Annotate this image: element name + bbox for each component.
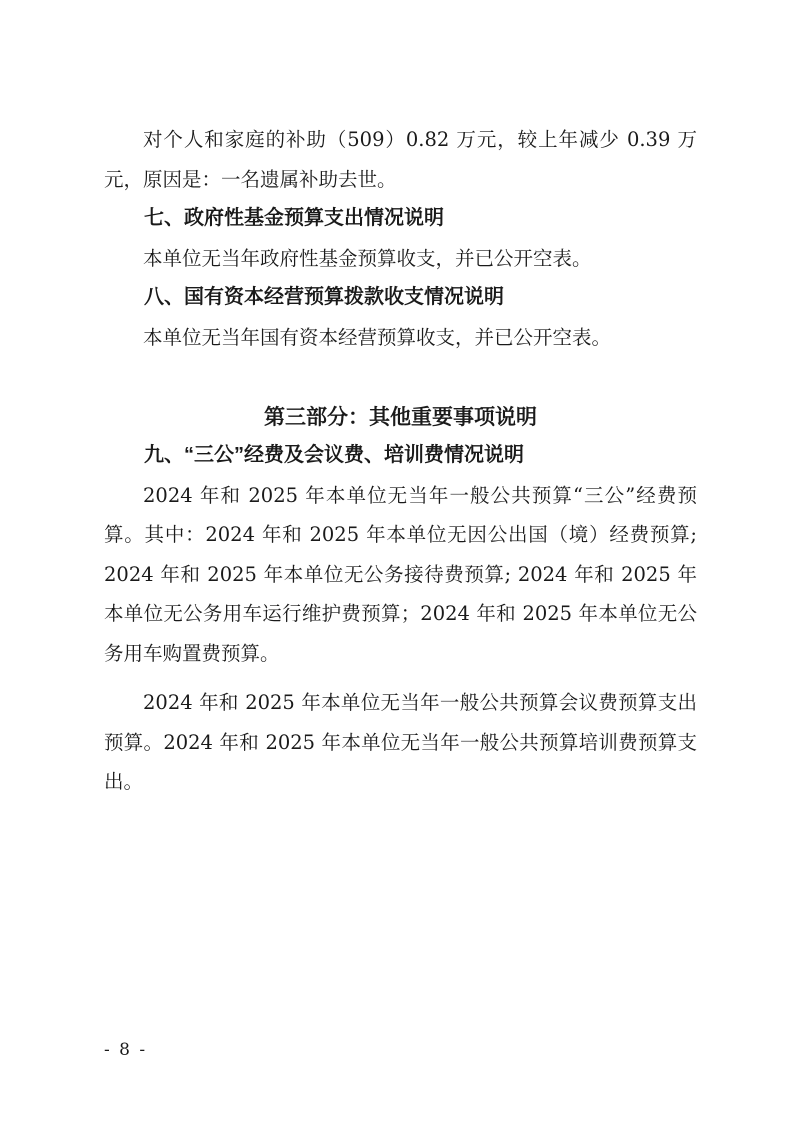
section-heading-9: 九、“三公”经费及会议费、培训费情况说明 [104, 436, 697, 476]
document-body: 对个人和家庭的补助（509）0.82 万元，较上年减少 0.39 万元，原因是：… [104, 120, 697, 802]
section-7-body: 本单位无当年政府性基金预算收支，并已公开空表。 [104, 239, 697, 279]
section-heading-7: 七、政府性基金预算支出情况说明 [104, 199, 697, 239]
document-page: 对个人和家庭的补助（509）0.82 万元，较上年减少 0.39 万元，原因是：… [0, 0, 793, 1122]
paragraph-subsidy-explanation: 对个人和家庭的补助（509）0.82 万元，较上年减少 0.39 万元，原因是：… [104, 120, 697, 199]
part-3-title: 第三部分：其他重要事项说明 [104, 397, 697, 437]
page-number: - 8 - [104, 1038, 147, 1062]
section-9-paragraph-1: 2024 年和 2025 年本单位无当年一般公共预算“三公”经费预算。其中：20… [104, 476, 697, 674]
section-8-body: 本单位无当年国有资本经营预算收支，并已公开空表。 [104, 318, 697, 358]
section-9-paragraph-2: 2024 年和 2025 年本单位无当年一般公共预算会议费预算支出预算。2024… [104, 683, 697, 802]
section-heading-8: 八、国有资本经营预算拨款收支情况说明 [104, 278, 697, 318]
blank-line [104, 357, 697, 397]
